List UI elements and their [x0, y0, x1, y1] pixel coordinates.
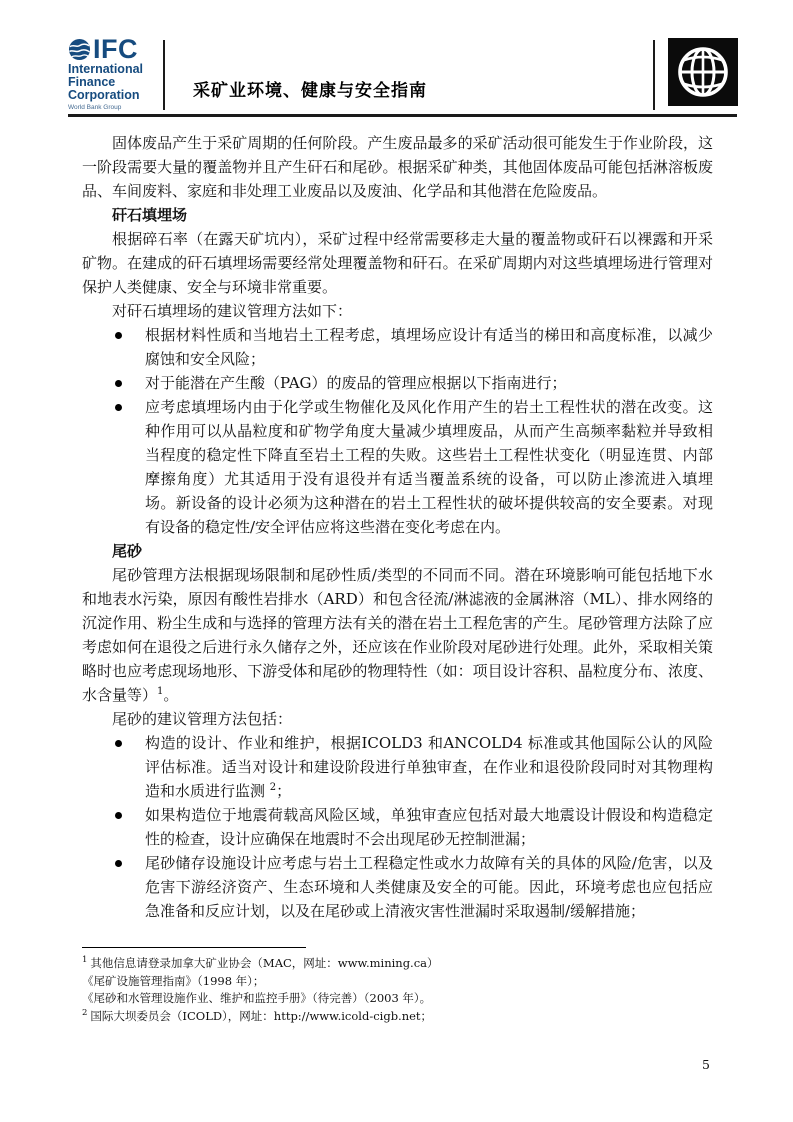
page-header: IFC International Finance Corporation Wo… [68, 38, 738, 112]
waste-rock-bullet-list: 根据材料性质和当地岩土工程考虑，填埋场应设计有适当的梯田和高度标准，以减少腐蚀和… [82, 323, 713, 539]
footnotes: 1其他信息请登录加拿大矿业协会（MAC，网址：www.mining.ca） 《尾… [82, 955, 713, 1025]
footnote-1: 1其他信息请登录加拿大矿业协会（MAC，网址：www.mining.ca） [82, 955, 713, 973]
bullet-text: 尾砂储存设施设计应考虑与岩土工程稳定性或水力故障有关的具体的风险/危害，以及危害… [145, 851, 713, 923]
bullet-text: 如果构造位于地震荷载高风险区域，单独审查应包括对最大地震设计假设和构造稳定性的检… [145, 803, 713, 851]
waste-rock-paragraph: 根据碎石率（在露天矿坑内），采矿过程中经常需要移走大量的覆盖物或矸石以裸露和开采… [82, 227, 713, 299]
footnote-2-text: 国际大坝委员会（ICOLD），网址：http://www.icold-cigb.… [90, 1009, 432, 1023]
list-item: 对于能潜在产生酸（PAG）的废品的管理应根据以下指南进行； [82, 371, 713, 395]
tailings-lead: 尾砂的建议管理方法包括： [82, 707, 713, 731]
ifc-name: International Finance Corporation [68, 63, 164, 102]
footnote-1-text: 其他信息请登录加拿大矿业协会（MAC，网址：www.mining.ca） [90, 956, 438, 970]
list-item: 尾砂储存设施设计应考虑与岩土工程稳定性或水力故障有关的具体的风险/危害，以及危害… [82, 851, 713, 923]
ifc-globe-icon [68, 38, 91, 61]
world-bank-logo [668, 38, 738, 106]
header-rule [68, 114, 737, 117]
footnote-1-marker: 1 [82, 955, 87, 965]
bullet-text: 应考虑填埋场内由于化学或生物催化及风化作用产生的岩土工程性状的潜在改变。这种作用… [145, 395, 713, 539]
section-heading-waste-rock: 矸石填埋场 [82, 203, 713, 227]
bullet-text: 根据材料性质和当地岩土工程考虑，填埋场应设计有适当的梯田和高度标准，以减少腐蚀和… [145, 323, 713, 371]
ifc-logo-top: IFC [68, 38, 164, 61]
footnote-separator [82, 947, 306, 948]
section-heading-tailings: 尾砂 [82, 539, 713, 563]
bullet-icon [115, 740, 122, 747]
footnote-1-line3: 《尾砂和水管理设施作业、维护和监控手册》（待完善）（2003 年）。 [82, 990, 713, 1008]
page-number: 5 [696, 1057, 716, 1072]
waste-rock-lead: 对矸石填埋场的建议管理方法如下： [82, 299, 713, 323]
bullet-icon [115, 860, 122, 867]
tailings-bullet-list: 构造的设计、作业和维护，根据ICOLD3 和ANCOLD4 标准或其他国际公认的… [82, 731, 713, 923]
header-divider-right [653, 40, 655, 110]
footnote-2: 2国际大坝委员会（ICOLD），网址：http://www.icold-cigb… [82, 1008, 713, 1026]
list-item: 应考虑填埋场内由于化学或生物催化及风化作用产生的岩土工程性状的潜在改变。这种作用… [82, 395, 713, 539]
bullet-icon [115, 812, 122, 819]
ifc-acronym: IFC [93, 38, 138, 61]
tailings-paragraph: 尾砂管理方法根据现场限制和尾砂性质/类型的不同而不同。潜在环境影响可能包括地下水… [82, 563, 713, 707]
tailings-paragraph-end: 。 [163, 686, 178, 704]
list-item: 如果构造位于地震荷载高风险区域，单独审查应包括对最大地震设计假设和构造稳定性的检… [82, 803, 713, 851]
page-title: 采矿业环境、健康与安全指南 [193, 76, 427, 101]
ifc-tagline: World Bank Group [68, 104, 164, 111]
footnote-2-marker: 2 [82, 1008, 87, 1018]
list-item: 根据材料性质和当地岩土工程考虑，填埋场应设计有适当的梯田和高度标准，以减少腐蚀和… [82, 323, 713, 371]
bullet-text: 构造的设计、作业和维护，根据ICOLD3 和ANCOLD4 标准或其他国际公认的… [145, 731, 713, 803]
bullet-icon [115, 404, 122, 411]
document-body: 固体废品产生于采矿周期的任何阶段。产生废品最多的采矿活动很可能发生于作业阶段，这… [82, 131, 713, 923]
tailings-paragraph-text: 尾砂管理方法根据现场限制和尾砂性质/类型的不同而不同。潜在环境影响可能包括地下水… [82, 566, 713, 704]
world-bank-globe-icon [668, 38, 738, 106]
bullet-text-end: ； [276, 782, 291, 800]
list-item: 构造的设计、作业和维护，根据ICOLD3 和ANCOLD4 标准或其他国际公认的… [82, 731, 713, 803]
bullet-text: 对于能潜在产生酸（PAG）的废品的管理应根据以下指南进行； [145, 371, 713, 395]
ifc-name-line: Corporation [68, 89, 164, 102]
ifc-logo: IFC International Finance Corporation Wo… [68, 38, 164, 111]
bullet-text-main: 构造的设计、作业和维护，根据ICOLD3 和ANCOLD4 标准或其他国际公认的… [145, 734, 713, 800]
bullet-icon [115, 332, 122, 339]
document-page: IFC International Finance Corporation Wo… [0, 0, 793, 1122]
footnote-1-line2: 《尾矿设施管理指南》（1998 年）； [82, 973, 713, 991]
bullet-icon [115, 380, 122, 387]
intro-paragraph: 固体废品产生于采矿周期的任何阶段。产生废品最多的采矿活动很可能发生于作业阶段，这… [82, 131, 713, 203]
header-divider-left [163, 40, 165, 110]
